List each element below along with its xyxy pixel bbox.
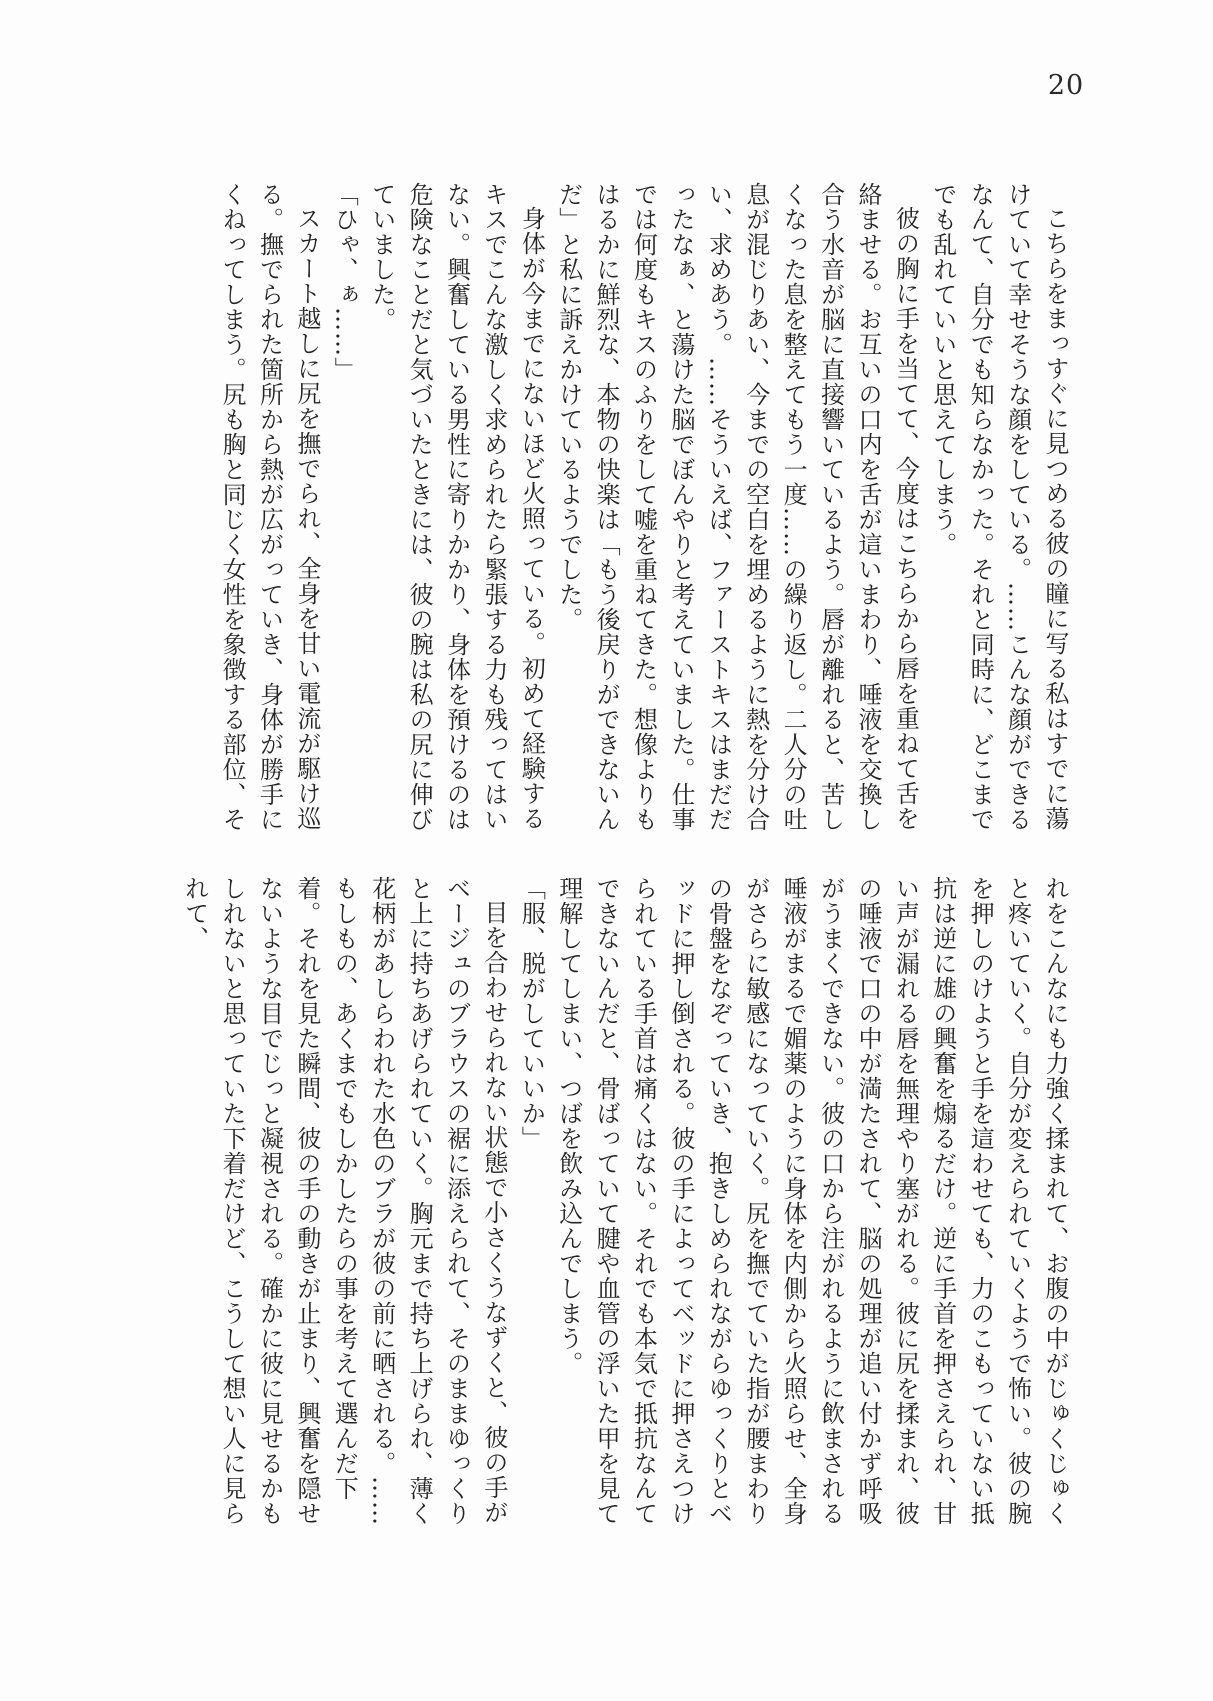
paragraph: スカート越しに尻を撫でられ、全身を甘い電流が駆け巡る。撫でられた箇所から熱が広が… bbox=[213, 182, 325, 842]
text-block-bottom: れをこんなにも力強く揉まれて、お腹の中がじゅくじゅくと疼いていく。自分が変えられ… bbox=[209, 876, 1073, 1544]
paragraph: 彼の胸に手を当てて、今度はこちらから唇を重ねて舌を絡ませる。お互いの口内を舌が這… bbox=[549, 182, 923, 842]
book-page: 20 こちらをまっすぐに見つめる彼の瞳に写る私はすでに蕩けていて幸せそうな顔をし… bbox=[0, 0, 1213, 1701]
page-number: 20 bbox=[1030, 70, 1102, 101]
text-block-top: こちらをまっすぐに見つめる彼の瞳に写る私はすでに蕩けていて幸せそうな顔をしている… bbox=[209, 182, 1073, 842]
paragraph: 身体が今までにないほど火照っている。初めて経験するキスでこんな激しく求められたら… bbox=[362, 182, 549, 842]
paragraph: れをこんなにも力強く揉まれて、お腹の中がじゅくじゅくと疼いていく。自分が変えられ… bbox=[549, 876, 1073, 1544]
paragraph: 「ひゃ、ぁ……」 bbox=[325, 182, 362, 842]
paragraph: 「服、脱がしていいか」 bbox=[512, 876, 549, 1544]
paragraph: 目を合わせられない状態で小さくうなずくと、彼の手がベージュのブラウスの裾に添えら… bbox=[175, 876, 512, 1544]
paragraph: こちらをまっすぐに見つめる彼の瞳に写る私はすでに蕩けていて幸せそうな顔をしている… bbox=[923, 182, 1073, 842]
